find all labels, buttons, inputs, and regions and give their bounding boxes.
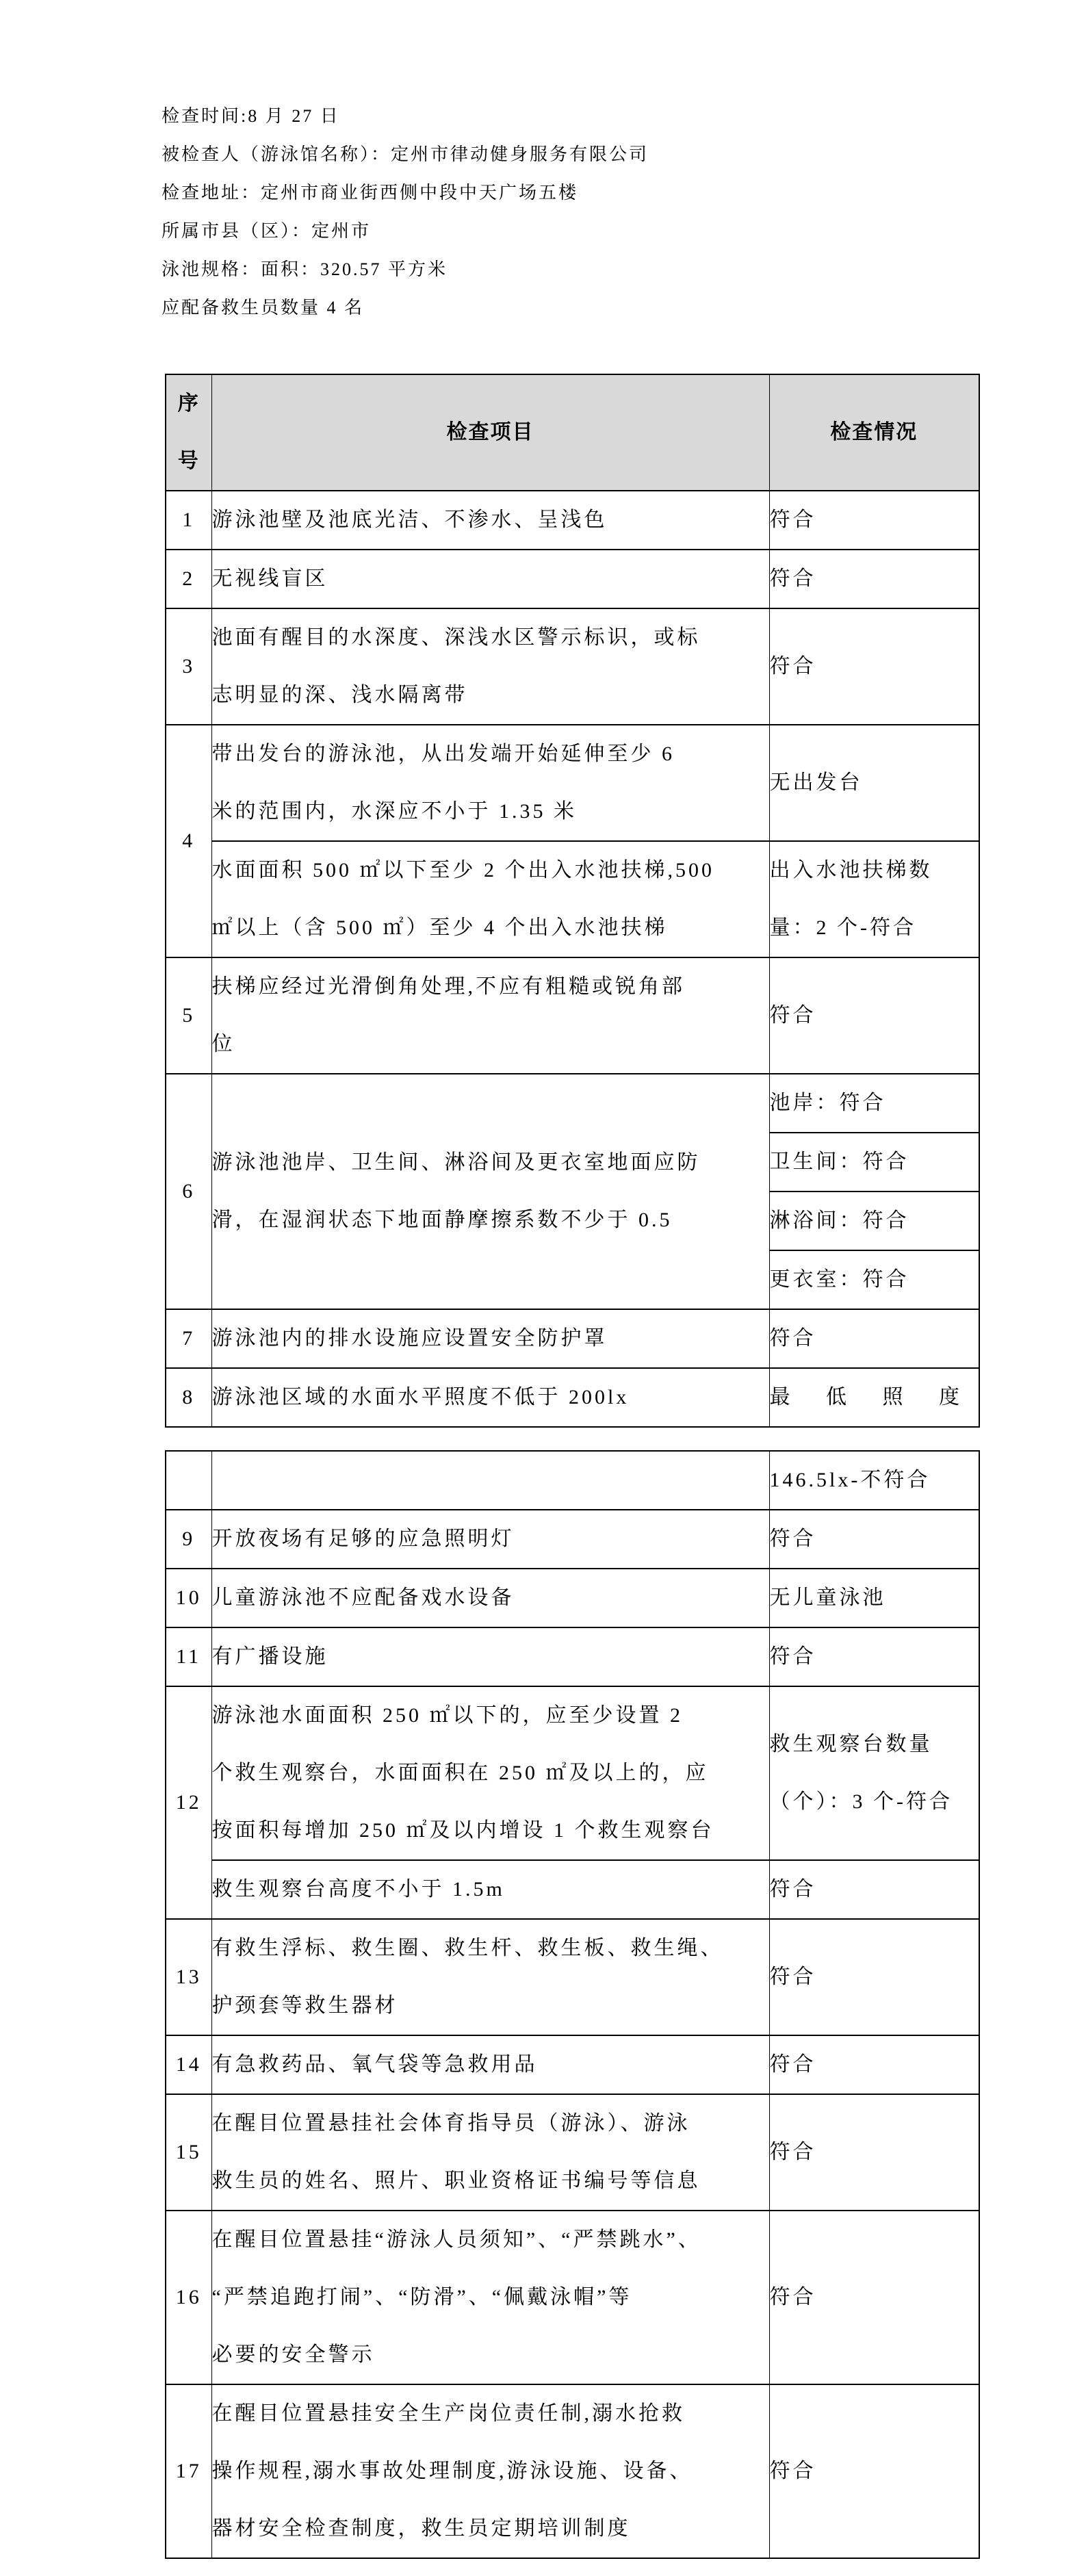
table-header-row: 序 号 检查项目 检查情况 bbox=[166, 374, 979, 491]
row-number-cell: 16 bbox=[166, 2211, 211, 2384]
table-row: 15 在醒目位置悬挂社会体育指导员（游泳）、游泳 救生员的姓名、照片、职业资格证… bbox=[166, 2094, 979, 2211]
inspection-status-cell: 符合 bbox=[769, 2035, 979, 2094]
document-page: 检查时间:8 月 27 日 被检查人（游泳馆名称）：定州市律动健身服务有限公司 … bbox=[0, 0, 1086, 2576]
pool-spec-line: 泳池规格：面积：320.57 平方米 bbox=[161, 250, 1086, 289]
inspection-status-cell: 符合 bbox=[769, 957, 979, 1074]
inspection-status-cell: 符合 bbox=[769, 608, 979, 725]
inspection-item-cell: 救生观察台高度不小于 1.5m bbox=[211, 1860, 769, 1919]
inspection-address-line: 检查地址：定州市商业街西侧中段中天广场五楼 bbox=[161, 174, 1086, 212]
inspection-status-cell: 符合 bbox=[769, 2211, 979, 2384]
inspection-item-cell: 扶梯应经过光滑倒角处理,不应有粗糙或锐角部 位 bbox=[211, 957, 769, 1074]
inspection-item-cell: 儿童游泳池不应配备戏水设备 bbox=[211, 1569, 769, 1627]
row-number-cell: 6 bbox=[166, 1074, 211, 1309]
lifeguard-count-line: 应配备救生员数量 4 名 bbox=[161, 289, 1086, 327]
inspection-status-cell: 救生观察台数量 （个）：3 个-符合 bbox=[769, 1686, 979, 1860]
table-row: 14 有急救药品、氧气袋等急救用品 符合 bbox=[166, 2035, 979, 2094]
row-number-cell: 15 bbox=[166, 2094, 211, 2211]
row-number-cell: 17 bbox=[166, 2384, 211, 2558]
inspection-status-cell: 符合 bbox=[769, 1860, 979, 1919]
inspection-status-cell: 符合 bbox=[769, 550, 979, 608]
inspection-item-cell: 有急救药品、氧气袋等急救用品 bbox=[211, 2035, 769, 2094]
table-row: 8 游泳池区域的水面水平照度不低于 200lx 最低照度 bbox=[166, 1368, 979, 1427]
table-row: 水面面积 500 ㎡以下至少 2 个出入水池扶梯,500 ㎡以上（含 500 ㎡… bbox=[166, 841, 979, 957]
row-number-cell: 7 bbox=[166, 1309, 211, 1368]
row-number-cell: 2 bbox=[166, 550, 211, 608]
header-cell-status: 检查情况 bbox=[769, 374, 979, 491]
row-number-cell: 12 bbox=[166, 1686, 211, 1919]
inspection-table-part1: 序 号 检查项目 检查情况 1 游泳池壁及池底光洁、不渗水、呈浅色 符合 2 无… bbox=[165, 374, 980, 1428]
inspection-status-cell: 更衣室：符合 bbox=[769, 1250, 979, 1309]
header-cell-number: 序 号 bbox=[166, 374, 211, 491]
table-row: 13 有救生浮标、救生圈、救生杆、救生板、救生绳、 护颈套等救生器材 符合 bbox=[166, 1919, 979, 2035]
table-row: 5 扶梯应经过光滑倒角处理,不应有粗糙或锐角部 位 符合 bbox=[166, 957, 979, 1074]
table-row: 16 在醒目位置悬挂“游泳人员须知”、“严禁跳水”、 “严禁追跑打闹”、“防滑”… bbox=[166, 2211, 979, 2384]
row-number-cell: 4 bbox=[166, 725, 211, 957]
table-row: 2 无视线盲区 符合 bbox=[166, 550, 979, 608]
row-number-cell: 10 bbox=[166, 1569, 211, 1627]
table-row: 1 游泳池壁及池底光洁、不渗水、呈浅色 符合 bbox=[166, 491, 979, 550]
inspection-item-cell: 开放夜场有足够的应急照明灯 bbox=[211, 1510, 769, 1569]
row-number-cell: 5 bbox=[166, 957, 211, 1074]
table-row: 3 池面有醒目的水深度、深浅水区警示标识，或标 志明显的深、浅水隔离带 符合 bbox=[166, 608, 979, 725]
inspection-status-cell: 池岸：符合 bbox=[769, 1074, 979, 1133]
row-number-cell: 9 bbox=[166, 1510, 211, 1569]
inspection-status-cell: 符合 bbox=[769, 1309, 979, 1368]
table-row: 10 儿童游泳池不应配备戏水设备 无儿童泳池 bbox=[166, 1569, 979, 1627]
table-row: 11 有广播设施 符合 bbox=[166, 1627, 979, 1686]
inspection-item-cell: 在醒目位置悬挂“游泳人员须知”、“严禁跳水”、 “严禁追跑打闹”、“防滑”、“佩… bbox=[211, 2211, 769, 2384]
table-row: 救生观察台高度不小于 1.5m 符合 bbox=[166, 1860, 979, 1919]
inspection-status-cell: 符合 bbox=[769, 1919, 979, 2035]
inspection-time-line: 检查时间:8 月 27 日 bbox=[161, 97, 1086, 136]
inspection-item-cell: 在醒目位置悬挂社会体育指导员（游泳）、游泳 救生员的姓名、照片、职业资格证书编号… bbox=[211, 2094, 769, 2211]
row-number-cell: 3 bbox=[166, 608, 211, 725]
inspection-item-cell: 游泳池水面面积 250 ㎡以下的，应至少设置 2 个救生观察台，水面面积在 25… bbox=[211, 1686, 769, 1860]
table-row: 4 带出发台的游泳池，从出发端开始延伸至少 6 米的范围内，水深应不小于 1.3… bbox=[166, 725, 979, 841]
inspection-status-cell: 卫生间：符合 bbox=[769, 1133, 979, 1192]
inspection-status-cell: 无儿童泳池 bbox=[769, 1569, 979, 1627]
inspection-item-cell: 有广播设施 bbox=[211, 1627, 769, 1686]
inspection-status-cell: 符合 bbox=[769, 2094, 979, 2211]
table-row: 9 开放夜场有足够的应急照明灯 符合 bbox=[166, 1510, 979, 1569]
row-number-cell: 13 bbox=[166, 1919, 211, 2035]
inspection-item-cell: 水面面积 500 ㎡以下至少 2 个出入水池扶梯,500 ㎡以上（含 500 ㎡… bbox=[211, 841, 769, 957]
city-district-line: 所属市县（区）：定州市 bbox=[161, 212, 1086, 250]
inspection-status-cell: 符合 bbox=[769, 1510, 979, 1569]
table-row: 17 在醒目位置悬挂安全生产岗位责任制,溺水抢救 操作规程,溺水事故处理制度,游… bbox=[166, 2384, 979, 2558]
row-number-cell bbox=[166, 1451, 211, 1510]
inspection-status-cell: 符合 bbox=[769, 2384, 979, 2558]
row-number-cell: 11 bbox=[166, 1627, 211, 1686]
inspection-item-cell: 无视线盲区 bbox=[211, 550, 769, 608]
inspection-table-part2: 146.5lx-不符合 9 开放夜场有足够的应急照明灯 符合 10 儿童游泳池不… bbox=[165, 1450, 980, 2559]
row-number-cell: 1 bbox=[166, 491, 211, 550]
table-row: 7 游泳池内的排水设施应设置安全防护罩 符合 bbox=[166, 1309, 979, 1368]
row-number-cell: 8 bbox=[166, 1368, 211, 1427]
inspection-status-cell: 出入水池扶梯数 量：2 个-符合 bbox=[769, 841, 979, 957]
document-header: 检查时间:8 月 27 日 被检查人（游泳馆名称）：定州市律动健身服务有限公司 … bbox=[161, 0, 1086, 327]
inspection-item-cell: 游泳池池岸、卫生间、淋浴间及更衣室地面应防 滑，在湿润状态下地面静摩擦系数不少于… bbox=[211, 1074, 769, 1309]
inspection-item-cell: 游泳池内的排水设施应设置安全防护罩 bbox=[211, 1309, 769, 1368]
inspection-item-cell: 带出发台的游泳池，从出发端开始延伸至少 6 米的范围内，水深应不小于 1.35 … bbox=[211, 725, 769, 841]
inspection-item-cell: 池面有醒目的水深度、深浅水区警示标识，或标 志明显的深、浅水隔离带 bbox=[211, 608, 769, 725]
inspection-item-cell: 有救生浮标、救生圈、救生杆、救生板、救生绳、 护颈套等救生器材 bbox=[211, 1919, 769, 2035]
table-row-continuation: 146.5lx-不符合 bbox=[166, 1451, 979, 1510]
inspection-status-cell: 淋浴间：符合 bbox=[769, 1192, 979, 1250]
inspection-item-cell: 游泳池壁及池底光洁、不渗水、呈浅色 bbox=[211, 491, 769, 550]
inspection-status-cell: 符合 bbox=[769, 1627, 979, 1686]
inspection-status-cell: 符合 bbox=[769, 491, 979, 550]
inspection-status-cell: 最低照度 bbox=[769, 1368, 979, 1427]
inspection-item-cell bbox=[211, 1451, 769, 1510]
inspection-status-cell: 146.5lx-不符合 bbox=[769, 1451, 979, 1510]
inspection-status-cell: 无出发台 bbox=[769, 725, 979, 841]
table-row: 6 游泳池池岸、卫生间、淋浴间及更衣室地面应防 滑，在湿润状态下地面静摩擦系数不… bbox=[166, 1074, 979, 1133]
inspection-item-cell: 游泳池区域的水面水平照度不低于 200lx bbox=[211, 1368, 769, 1427]
header-cell-item: 检查项目 bbox=[211, 374, 769, 491]
inspected-entity-line: 被检查人（游泳馆名称）：定州市律动健身服务有限公司 bbox=[161, 136, 1086, 174]
row-number-cell: 14 bbox=[166, 2035, 211, 2094]
inspection-item-cell: 在醒目位置悬挂安全生产岗位责任制,溺水抢救 操作规程,溺水事故处理制度,游泳设施… bbox=[211, 2384, 769, 2558]
table-row: 12 游泳池水面面积 250 ㎡以下的，应至少设置 2 个救生观察台，水面面积在… bbox=[166, 1686, 979, 1860]
